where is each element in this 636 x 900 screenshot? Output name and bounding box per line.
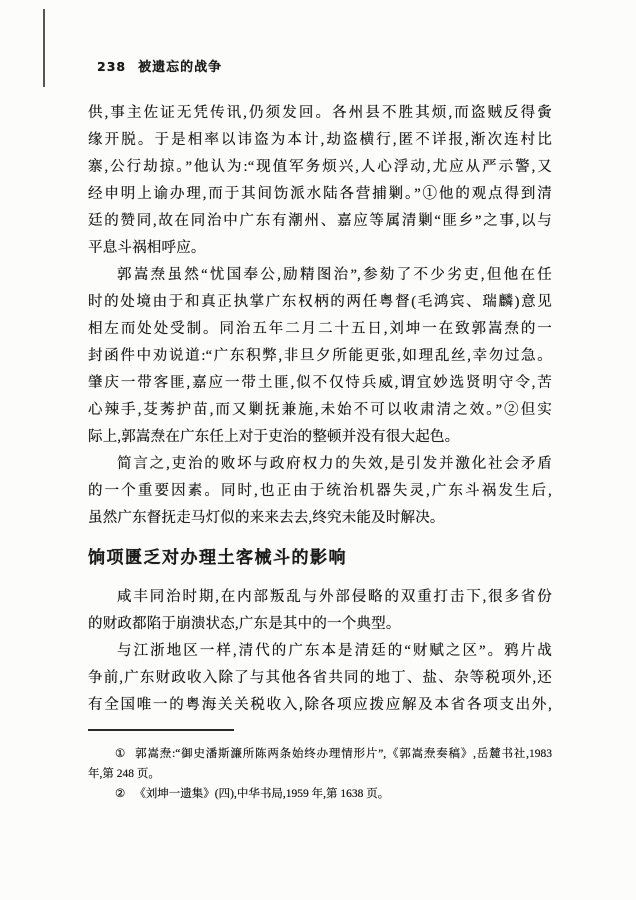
body-line: 缘开脱。于是相率以讳盗为本计,劫盗横行,匿不详报,渐次连村比 (88, 127, 552, 154)
footnote-first-line: ①郭嵩焘:“御史潘斯濂所陈两条始终办理情形片”,《郭嵩焘奏稿》,岳麓书社,198… (88, 744, 552, 764)
body-line: 心辣手,芟莠护苗,而又剿抚兼施,未始不可以收肃清之效。”②但实 (88, 397, 552, 424)
body-line: 的财政都陷于崩溃状态,广东是其中的一个典型。 (88, 611, 552, 638)
book-title: 被遗忘的战争 (138, 59, 222, 74)
body-line: 郭嵩焘虽然“忧国奉公,励精图治”,参劾了不少劣吏,但他在任 (88, 262, 552, 289)
body-line: 寨,公行劫掠。”他认为:“现值军务烦兴,人心浮动,尤应从严示警,又 (88, 154, 552, 181)
body-line: 虽然广东督抚走马灯似的来来去去,终究未能及时解决。 (88, 505, 552, 532)
footnote-divider (88, 729, 234, 731)
footnote-marker: ① (115, 748, 126, 760)
body-line: 平息斗祸相呼应。 (88, 235, 552, 262)
footnotes-section: ①郭嵩焘:“御史潘斯濂所陈两条始终办理情形片”,《郭嵩焘奏稿》,岳麓书社,198… (88, 729, 552, 804)
scan-artifact-line (43, 9, 45, 87)
footnote-text: 郭嵩焘:“御史潘斯濂所陈两条始终办理情形片”,《郭嵩焘奏稿》,岳麓书社,1983 (135, 748, 552, 760)
footnote-list: ①郭嵩焘:“御史潘斯濂所陈两条始终办理情形片”,《郭嵩焘奏稿》,岳麓书社,198… (88, 744, 552, 804)
body-line: 封函件中劝说道:“广东积弊,非旦夕所能更张,如理乱丝,幸勿过急。 (88, 343, 552, 370)
body-line: 供,事主佐证无凭传讯,仍须发回。各州县不胜其烦,而盗贼反得夤 (88, 100, 552, 127)
body-line: 时的处境由于和真正执掌广东权柄的两任粤督(毛鸿宾、瑞麟)意见 (88, 289, 552, 316)
body-line: 争前,广东财政收入除了与其他各省共同的地丁、盐、杂等税项外,还 (88, 665, 552, 692)
footnote-marker: ② (115, 788, 125, 800)
body-line: 廷的赞同,故在同治中广东有潮州、嘉应等属清剿“匪乡”之事,以与 (88, 208, 552, 235)
body-line: 与江浙地区一样,清代的广东本是清廷的“财赋之区”。鸦片战 (88, 638, 552, 665)
footnote-continuation-line: 年,第 248 页。 (88, 764, 552, 784)
page-number: 238 (97, 59, 126, 74)
body-line: 际上,郭嵩焘在广东任上对于吏治的整顿并没有很大起色。 (88, 424, 552, 451)
body-line: 相左而处处受制。同治五年二月二十五日,刘坤一在致郭嵩焘的一 (88, 316, 552, 343)
page-body: 供,事主佐证无凭传讯,仍须发回。各州县不胜其烦,而盗贼反得夤缘开脱。于是相率以讳… (88, 100, 552, 719)
body-line: 经申明上谕办理,而于其间饬派水陆各营捕剿。”①他的观点得到清 (88, 181, 552, 208)
footnote-text: 《刘坤一遗集》(四),中华书局,1959 年,第 1638 页。 (134, 788, 389, 800)
section-heading: 饷项匮乏对办理土客械斗的影响 (88, 546, 552, 570)
body-line: 有全国唯一的粤海关关税收入,除各项应拨应解及本省各项支出外, (88, 692, 552, 719)
body-line: 肇庆一带客匪,嘉应一带土匪,似不仅恃兵威,谓宜妙选贤明守令,苦 (88, 370, 552, 397)
footnote-first-line: ②《刘坤一遗集》(四),中华书局,1959 年,第 1638 页。 (88, 784, 552, 804)
scanned-book-page: 238被遗忘的战争 供,事主佐证无凭传讯,仍须发回。各州县不胜其烦,而盗贼反得夤… (0, 0, 636, 900)
body-line: 简言之,吏治的败坏与政府权力的失效,是引发并激化社会矛盾 (88, 451, 552, 478)
body-line: 的一个重要因素。同时,也正由于统治机器失灵,广东斗祸发生后, (88, 478, 552, 505)
running-head: 238被遗忘的战争 (97, 56, 222, 75)
body-line: 咸丰同治时期,在内部叛乱与外部侵略的双重打击下,很多省份 (88, 584, 552, 611)
